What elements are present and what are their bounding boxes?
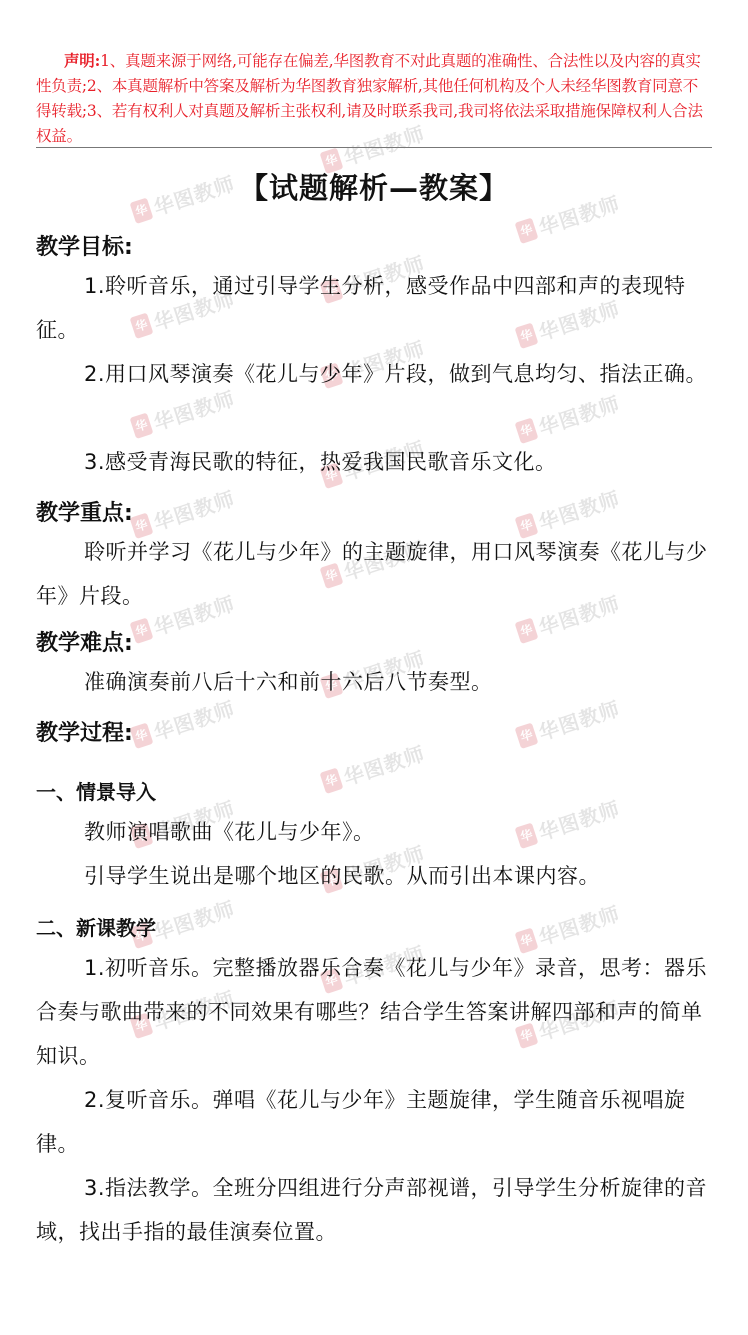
heading-objectives: 教学目标:	[36, 230, 133, 261]
header-divider	[36, 147, 712, 148]
part1-item-2: 引导学生说出是哪个地区的民歌。从而引出本课内容。	[36, 854, 712, 898]
objective-item-2: 2.用口风琴演奏《花儿与少年》片段，做到气息均匀、指法正确。	[36, 352, 712, 396]
heading-part2: 二、新课教学	[36, 912, 156, 941]
heading-difficulties: 教学难点:	[36, 626, 133, 657]
key-points-text: 聆听并学习《花儿与少年》的主题旋律，用口风琴演奏《花儿与少年》片段。	[36, 530, 712, 618]
difficulties-text: 准确演奏前八后十六和前十六后八节奏型。	[36, 660, 712, 704]
part2-item-3: 3.指法教学。全班分四组进行分声部视谱，引导学生分析旋律的音域，找出手指的最佳演…	[36, 1166, 712, 1254]
watermark-logo: 华华图教师	[317, 727, 443, 802]
part2-item-2: 2.复听音乐。弹唱《花儿与少年》主题旋律，学生随音乐视唱旋律。	[36, 1078, 712, 1166]
heading-part1: 一、情景导入	[36, 776, 156, 805]
part2-item-1: 1.初听音乐。完整播放器乐合奏《花儿与少年》录音，思考：器乐合奏与歌曲带来的不同…	[36, 946, 712, 1078]
part1-item-1: 教师演唱歌曲《花儿与少年》。	[36, 810, 712, 854]
disclaimer: 声明:1、真题来源于网络,可能存在偏差,华图教育不对此真题的准确性、合法性以及内…	[36, 48, 712, 149]
disclaimer-text: 1、真题来源于网络,可能存在偏差,华图教育不对此真题的准确性、合法性以及内容的真…	[36, 52, 703, 145]
objective-item-3: 3.感受青海民歌的特征，热爱我国民歌音乐文化。	[36, 440, 712, 484]
document-title: 【试题解析—教案】	[0, 166, 748, 207]
objective-item-1: 1.聆听音乐，通过引导学生分析，感受作品中四部和声的表现特征。	[36, 264, 712, 352]
heading-process: 教学过程:	[36, 716, 133, 747]
disclaimer-lead: 声明:	[64, 51, 100, 70]
heading-key-points: 教学重点:	[36, 496, 133, 527]
